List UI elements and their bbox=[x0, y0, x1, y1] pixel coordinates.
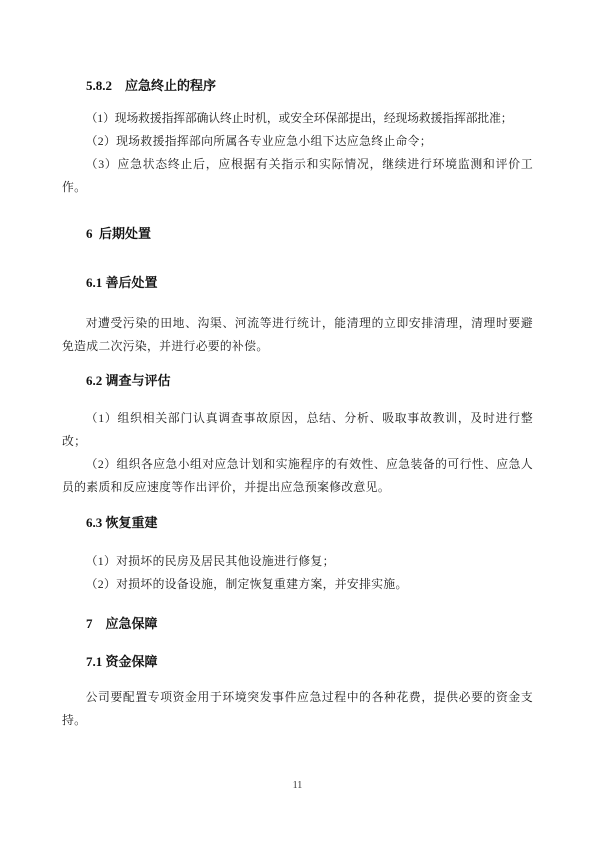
heading-6-post-disposal: 6 后期处置 bbox=[62, 226, 533, 242]
paragraph-funding-support: 公司要配置专项资金用于环境突发事件应急过程中的各种花费，提供必要的资金支持。 bbox=[62, 686, 533, 732]
list-item-2-investigation: （2）组织各应急小组对应急计划和实施程序的有效性、应急装备的可行性、应急人员的素… bbox=[62, 453, 533, 499]
heading-5-8-2-emergency-termination-procedure: 5.8.2 应急终止的程序 bbox=[62, 78, 533, 94]
heading-7-emergency-support: 7 应急保障 bbox=[62, 616, 533, 632]
paragraph-aftermath-disposal: 对遭受污染的田地、沟渠、河流等进行统计，能清理的立即安排清理，清理时要避免造成二… bbox=[62, 312, 533, 358]
list-item-3-termination: （3）应急状态终止后，应根据有关指示和实际情况，继续进行环境监测和评价工作。 bbox=[62, 153, 533, 199]
page-number: 11 bbox=[0, 779, 595, 793]
page-content: 5.8.2 应急终止的程序 （1）现场救援指挥部确认终止时机，或安全环保部提出，… bbox=[62, 78, 533, 732]
heading-6-3-recovery-reconstruction: 6.3 恢复重建 bbox=[62, 515, 533, 531]
heading-6-2-investigation-evaluation: 6.2 调查与评估 bbox=[62, 373, 533, 389]
list-item-2-recovery: （2）对损坏的设备设施，制定恢复重建方案，并安排实施。 bbox=[62, 573, 533, 596]
list-item-1-recovery: （1）对损坏的民房及居民其他设施进行修复； bbox=[62, 550, 533, 573]
heading-7-1-funding-support: 7.1 资金保障 bbox=[62, 654, 533, 670]
list-item-2-termination: （2）现场救援指挥部向所属各专业应急小组下达应急终止命令； bbox=[62, 130, 533, 153]
heading-6-1-aftermath-disposal: 6.1 善后处置 bbox=[62, 275, 533, 291]
document-page: 5.8.2 应急终止的程序 （1）现场救援指挥部确认终止时机，或安全环保部提出，… bbox=[0, 0, 595, 842]
list-item-1-termination: （1）现场救援指挥部确认终止时机，或安全环保部提出，经现场救援指挥部批准； bbox=[62, 107, 533, 130]
list-item-1-investigation: （1）组织相关部门认真调查事故原因，总结、分析、吸取事故教训，及时进行整改； bbox=[62, 407, 533, 453]
